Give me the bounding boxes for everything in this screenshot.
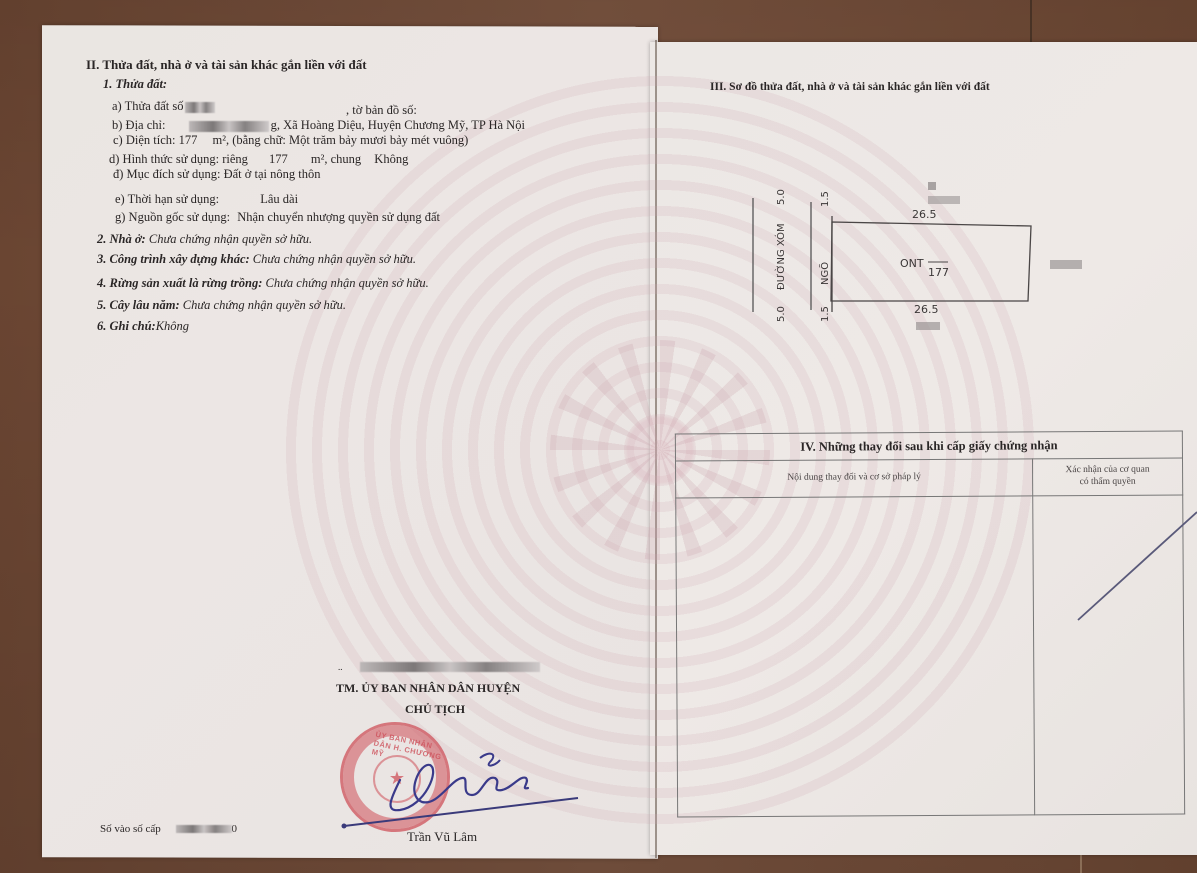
area-words: , (bằng chữ: Một trăm bảy mươi bảy mét v…	[226, 133, 468, 147]
address-label: b) Địa chỉ:	[112, 118, 165, 132]
item1-title: 1. Thửa đất:	[103, 78, 167, 91]
alley-width-top: 1.5	[820, 191, 831, 207]
item2-value: Chưa chứng nhận quyền sở hữu.	[149, 232, 312, 246]
purpose-value: Đất ở tại nông thôn	[224, 167, 321, 181]
item4-title: 4. Rừng sản xuất là rừng trồng:	[97, 276, 262, 290]
change-content-cell	[676, 496, 1035, 817]
section2-title: II. Thửa đất, nhà ở và tài sản khác gắn …	[86, 58, 367, 71]
signing-title: CHỦ TỊCH	[405, 703, 465, 715]
address-value: g, Xã Hoàng Diệu, Huyện Chương Mỹ, TP Hà…	[271, 118, 525, 132]
origin-line: g) Nguồn gốc sử dụng: Nhận chuyển nhượng…	[115, 211, 440, 224]
usage-form-line: d) Hình thức sử dụng: riêng 177 m², chun…	[109, 153, 408, 166]
item6-value: Không	[156, 319, 189, 333]
redacted-text	[360, 662, 540, 672]
road-width-bottom: 5.0	[776, 306, 787, 322]
item3-title: 3. Công trình xây dựng khác:	[97, 252, 250, 266]
column-authority-line1: Xác nhận của cơ quan	[1033, 465, 1182, 478]
area-label: c) Diện tích:	[113, 133, 175, 147]
column-change-content: Nội dung thay đổi và cơ sở pháp lý	[675, 459, 1032, 498]
signing-org: TM. ỦY BAN NHÂN DÂN HUYỆN	[336, 682, 520, 694]
column-authority-line2: có thẩm quyền	[1033, 476, 1182, 489]
usage-private-value: 177	[269, 152, 288, 166]
registry-line: Số vào số cấp 0	[100, 824, 237, 835]
registry-suffix: 0	[232, 823, 238, 835]
area-unit: m²	[212, 133, 225, 147]
origin-label: g) Nguồn gốc sử dụng:	[115, 210, 230, 224]
purpose-label: đ) Mục đích sử dụng:	[113, 167, 220, 181]
changes-table-title: IV. Những thay đổi sau khi cấp giấy chứn…	[675, 431, 1182, 461]
area-line: c) Diện tích: 177 m², (bằng chữ: Một tră…	[113, 134, 468, 147]
signature	[330, 740, 590, 840]
road-width-top: 5.0	[776, 189, 787, 205]
alley-name: NGÕ	[818, 262, 831, 285]
term-label: e) Thời hạn sử dụng:	[115, 192, 219, 206]
redacted-neighbor-marker	[916, 322, 940, 330]
redacted-neighbor-marker	[928, 182, 936, 190]
redacted-parcel-number	[185, 102, 215, 113]
item2-line: 2. Nhà ở: Chưa chứng nhận quyền sở hữu.	[97, 233, 312, 246]
redacted-neighbor-marker	[928, 196, 960, 204]
redacted-signing-location: ..	[338, 660, 540, 673]
address-line: b) Địa chỉ: g, Xã Hoàng Diệu, Huyện Chươ…	[112, 119, 525, 132]
usage-common-label: m², chung	[311, 152, 361, 166]
item6-title: 6. Ghi chú:	[97, 319, 156, 333]
origin-value: Nhận chuyển nhượng quyền sử dụng đất	[237, 210, 440, 224]
area-value: 177	[179, 133, 198, 147]
item4-line: 4. Rừng sản xuất là rừng trồng: Chưa chứ…	[97, 277, 429, 290]
item5-line: 5. Cây lâu năm: Chưa chứng nhận quyền sở…	[97, 299, 346, 312]
item5-value: Chưa chứng nhận quyền sở hữu.	[183, 298, 346, 312]
map-sheet-label: , tờ bản đồ số:	[346, 104, 417, 117]
item2-title: 2. Nhà ở:	[97, 232, 146, 246]
item3-line: 3. Công trình xây dựng khác: Chưa chứng …	[97, 253, 416, 266]
redacted-registry-number	[176, 825, 232, 833]
parcel-label: a) Thửa đất số	[112, 99, 183, 113]
item6-line: 6. Ghi chú:Không	[97, 320, 189, 333]
item3-value: Chưa chứng nhận quyền sở hữu.	[253, 252, 416, 266]
column-authority-confirmation: Xác nhận của cơ quan có thẩm quyền	[1032, 458, 1182, 496]
item4-value: Chưa chứng nhận quyền sở hữu.	[266, 276, 429, 290]
item5-title: 5. Cây lâu năm:	[97, 298, 180, 312]
bottom-length: 26.5	[914, 303, 939, 316]
parcel-area: 177	[928, 266, 949, 279]
parcel-diagram: 5.0 ĐƯỜNG XÓM 5.0 1.5 NGÕ 1.5 26.5 26.5 …	[740, 170, 1100, 360]
section3-title: III. Sơ đồ thửa đất, nhà ở và tài sản kh…	[710, 82, 990, 94]
parcel-number-line: a) Thửa đất số	[112, 100, 215, 113]
certificate-left-page	[42, 25, 658, 859]
registry-label: Số vào số cấp	[100, 823, 161, 835]
usage-form-label: d) Hình thức sử dụng: riêng	[109, 152, 248, 166]
road-name: ĐƯỜNG XÓM	[774, 223, 787, 290]
term-line: e) Thời hạn sử dụng: Lâu dài	[115, 193, 298, 206]
signer-name: Trần Vũ Lâm	[407, 830, 477, 843]
alley-width-bottom: 1.5	[820, 306, 831, 322]
redacted-address	[189, 121, 269, 132]
purpose-line: đ) Mục đích sử dụng: Đất ở tại nông thôn	[113, 168, 320, 181]
usage-common-value: Không	[374, 152, 408, 166]
top-length: 26.5	[912, 208, 937, 221]
page-fold	[655, 40, 657, 858]
redacted-neighbor-marker	[1050, 260, 1082, 269]
strike-through-line	[1070, 510, 1197, 625]
land-use-code: ONT	[900, 257, 924, 270]
term-value: Lâu dài	[260, 192, 298, 206]
